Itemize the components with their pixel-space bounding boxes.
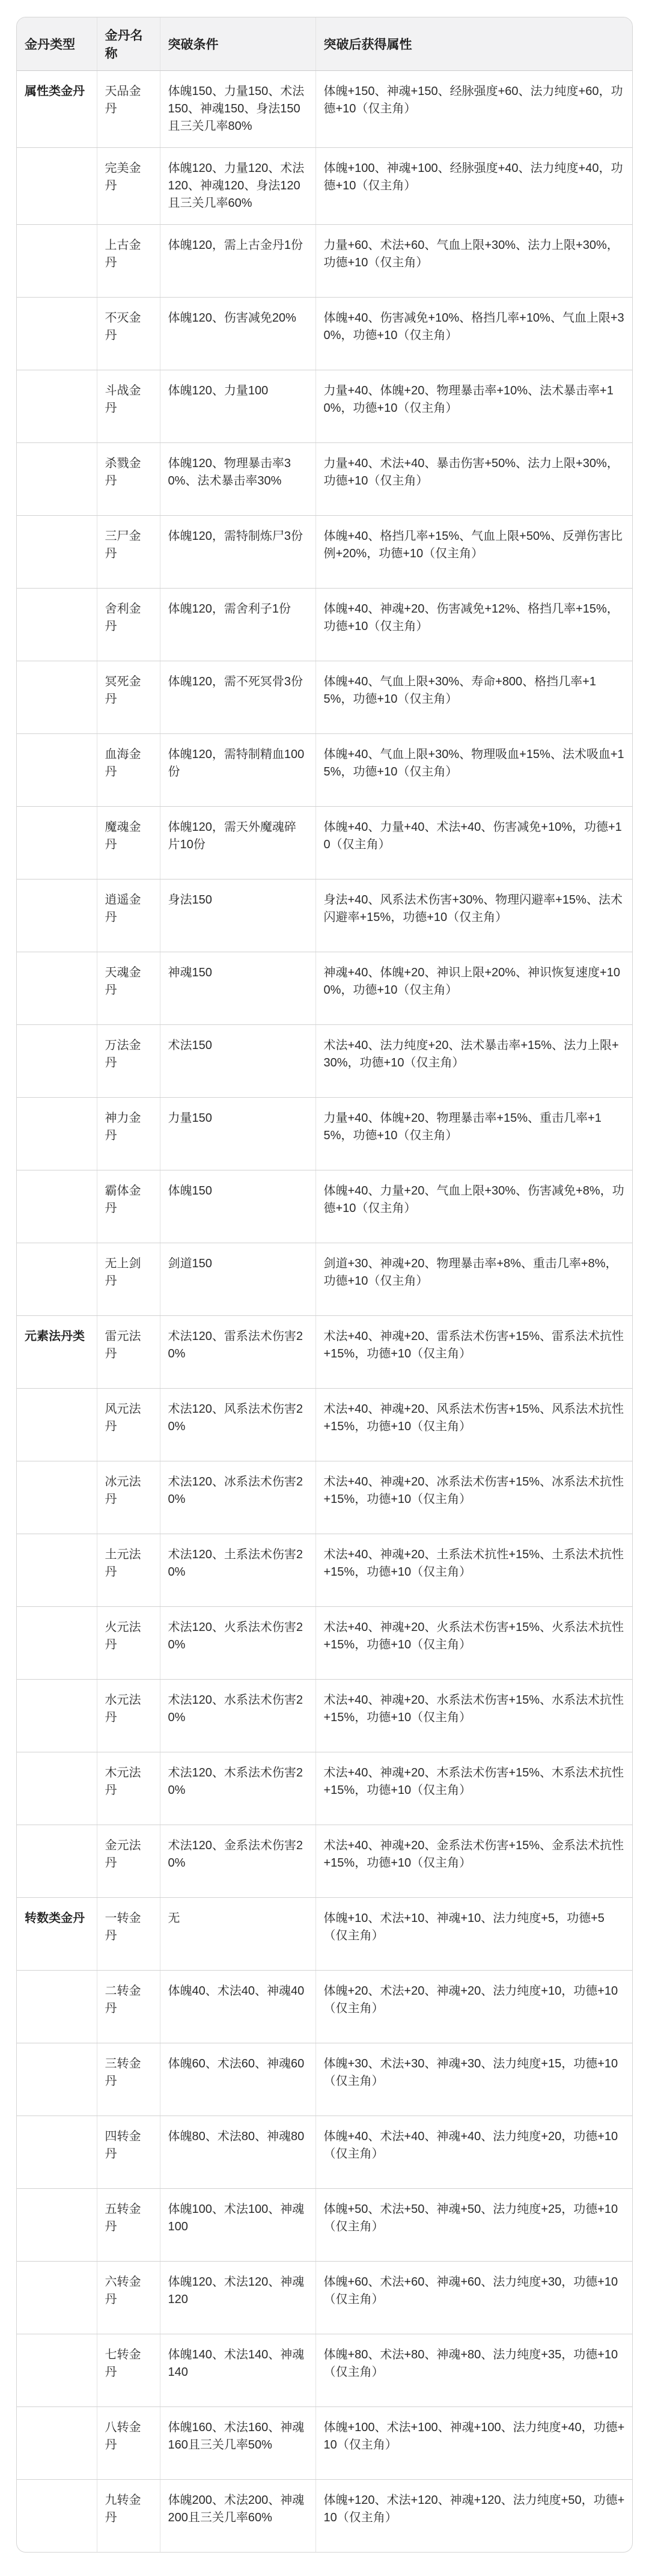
cell-category [17,1752,97,1825]
table-row: 属性类金丹天品金丹体魄150、力量150、术法150、神魂150、身法150且三… [17,71,632,148]
cell-condition: 力量150 [160,1098,315,1170]
cell-name: 冥死金丹 [97,661,160,734]
cell-condition: 体魄120、伤害减免20% [160,298,315,370]
table-body: 属性类金丹天品金丹体魄150、力量150、术法150、神魂150、身法150且三… [17,71,632,2553]
cell-category [17,370,97,443]
cell-attributes: 体魄+100、神魂+100、经脉强度+40、法力纯度+40，功德+10（仅主角） [315,148,632,225]
table-row: 三转金丹体魄60、术法60、神魂60体魄+30、术法+30、神魂+30、法力纯度… [17,2043,632,2116]
cell-name: 八转金丹 [97,2407,160,2480]
table-row: 完美金丹体魄120、力量120、术法120、神魂120、身法120且三关几率60… [17,148,632,225]
cell-name: 七转金丹 [97,2334,160,2407]
cell-name: 杀戮金丹 [97,443,160,516]
cell-name: 完美金丹 [97,148,160,225]
table-header-row: 金丹类型 金丹名称 突破条件 突破后获得属性 [17,17,632,71]
cell-category [17,225,97,298]
cell-attributes: 术法+40、神魂+20、火系法术伤害+15%、火系法术抗性+15%，功德+10（… [315,1607,632,1680]
table-row: 斗战金丹体魄120、力量100力量+40、体魄+20、物理暴击率+10%、法术暴… [17,370,632,443]
cell-attributes: 体魄+100、术法+100、神魂+100、法力纯度+40，功德+10（仅主角） [315,2407,632,2480]
cell-condition: 体魄200、术法200、神魂200且三关几率60% [160,2480,315,2553]
table-row: 不灭金丹体魄120、伤害减免20%体魄+40、伤害减免+10%、格挡几率+10%… [17,298,632,370]
cell-category: 转数类金丹 [17,1898,97,1971]
cell-attributes: 术法+40、神魂+20、木系法术伤害+15%、木系法术抗性+15%，功德+10（… [315,1752,632,1825]
cell-attributes: 剑道+30、神魂+20、物理暴击率+8%、重击几率+8%，功德+10（仅主角） [315,1243,632,1316]
cell-category [17,2116,97,2189]
table-row: 风元法丹术法120、风系法术伤害20%术法+40、神魂+20、风系法术伤害+15… [17,1389,632,1461]
table-row: 血海金丹体魄120，需特制精血100份体魄+40、气血上限+30%、物理吸血+1… [17,734,632,807]
cell-attributes: 术法+40、神魂+20、金系法术伤害+15%、金系法术抗性+15%，功德+10（… [315,1825,632,1898]
elixir-table-card: 金丹类型 金丹名称 突破条件 突破后获得属性 属性类金丹天品金丹体魄150、力量… [16,17,633,2553]
cell-name: 魔魂金丹 [97,807,160,880]
table-row: 土元法丹术法120、土系法术伤害20%术法+40、神魂+20、土系法术抗性+15… [17,1534,632,1607]
cell-name: 风元法丹 [97,1389,160,1461]
cell-attributes: 体魄+40、神魂+20、伤害减免+12%、格挡几率+15%，功德+10（仅主角） [315,589,632,661]
cell-attributes: 术法+40、神魂+20、雷系法术伤害+15%、雷系法术抗性+15%，功德+10（… [315,1316,632,1389]
cell-category [17,1389,97,1461]
cell-name: 四转金丹 [97,2116,160,2189]
cell-category: 元素法丹类 [17,1316,97,1389]
cell-condition: 术法120、火系法术伤害20% [160,1607,315,1680]
cell-attributes: 体魄+40、伤害减免+10%、格挡几率+10%、气血上限+30%，功德+10（仅… [315,298,632,370]
cell-category [17,2043,97,2116]
cell-condition: 神魂150 [160,952,315,1025]
cell-name: 神力金丹 [97,1098,160,1170]
table-row: 霸体金丹体魄150体魄+40、力量+20、气血上限+30%、伤害减免+8%，功德… [17,1170,632,1243]
column-header-breakthrough-condition: 突破条件 [160,17,315,71]
cell-category [17,952,97,1025]
cell-name: 万法金丹 [97,1025,160,1098]
cell-attributes: 体魄+10、术法+10、神魂+10、法力纯度+5，功德+5（仅主角） [315,1898,632,1971]
cell-name: 水元法丹 [97,1680,160,1752]
cell-condition: 无 [160,1898,315,1971]
table-row: 五转金丹体魄100、术法100、神魂100体魄+50、术法+50、神魂+50、法… [17,2189,632,2262]
cell-attributes: 力量+40、体魄+20、物理暴击率+10%、法术暴击率+10%，功德+10（仅主… [315,370,632,443]
cell-category [17,1461,97,1534]
cell-category [17,661,97,734]
cell-category [17,1607,97,1680]
cell-attributes: 体魄+40、术法+40、神魂+40、法力纯度+20，功德+10（仅主角） [315,2116,632,2189]
cell-attributes: 体魄+40、力量+20、气血上限+30%、伤害减免+8%，功德+10（仅主角） [315,1170,632,1243]
cell-attributes: 体魄+40、格挡几率+15%、气血上限+50%、反弹伤害比例+20%，功德+10… [315,516,632,589]
cell-attributes: 体魄+80、术法+80、神魂+80、法力纯度+35，功德+10（仅主角） [315,2334,632,2407]
cell-attributes: 体魄+40、气血上限+30%、物理吸血+15%、法术吸血+15%，功德+10（仅… [315,734,632,807]
cell-name: 天魂金丹 [97,952,160,1025]
cell-condition: 术法120、木系法术伤害20% [160,1752,315,1825]
cell-name: 冰元法丹 [97,1461,160,1534]
cell-attributes: 力量+40、术法+40、暴击伤害+50%、法力上限+30%，功德+10（仅主角） [315,443,632,516]
cell-condition: 术法120、风系法术伤害20% [160,1389,315,1461]
table-row: 木元法丹术法120、木系法术伤害20%术法+40、神魂+20、木系法术伤害+15… [17,1752,632,1825]
cell-category [17,807,97,880]
table-row: 无上剑丹剑道150剑道+30、神魂+20、物理暴击率+8%、重击几率+8%，功德… [17,1243,632,1316]
cell-name: 三转金丹 [97,2043,160,2116]
table-row: 神力金丹力量150力量+40、体魄+20、物理暴击率+15%、重击几率+15%，… [17,1098,632,1170]
column-header-elixir-name: 金丹名称 [97,17,160,71]
cell-attributes: 术法+40、神魂+20、水系法术伤害+15%、水系法术抗性+15%，功德+10（… [315,1680,632,1752]
cell-name: 火元法丹 [97,1607,160,1680]
cell-attributes: 力量+40、体魄+20、物理暴击率+15%、重击几率+15%，功德+10（仅主角… [315,1098,632,1170]
cell-condition: 术法120、土系法术伤害20% [160,1534,315,1607]
cell-name: 雷元法丹 [97,1316,160,1389]
table-row: 四转金丹体魄80、术法80、神魂80体魄+40、术法+40、神魂+40、法力纯度… [17,2116,632,2189]
cell-condition: 体魄40、术法40、神魂40 [160,1971,315,2043]
cell-condition: 体魄120、力量120、术法120、神魂120、身法120且三关几率60% [160,148,315,225]
cell-category [17,1680,97,1752]
cell-condition: 体魄100、术法100、神魂100 [160,2189,315,2262]
column-header-elixir-type: 金丹类型 [17,17,97,71]
table-row: 二转金丹体魄40、术法40、神魂40体魄+20、术法+20、神魂+20、法力纯度… [17,1971,632,2043]
table-row: 三尸金丹体魄120，需特制炼尸3份体魄+40、格挡几率+15%、气血上限+50%… [17,516,632,589]
cell-condition: 体魄120，需舍利子1份 [160,589,315,661]
table-row: 天魂金丹神魂150神魂+40、体魄+20、神识上限+20%、神识恢复速度+100… [17,952,632,1025]
cell-condition: 体魄60、术法60、神魂60 [160,2043,315,2116]
cell-category [17,298,97,370]
cell-condition: 体魄120、物理暴击率30%、法术暴击率30% [160,443,315,516]
cell-condition: 体魄120、力量100 [160,370,315,443]
cell-condition: 体魄120，需不死冥骨3份 [160,661,315,734]
cell-attributes: 神魂+40、体魄+20、神识上限+20%、神识恢复速度+100%，功德+10（仅… [315,952,632,1025]
cell-name: 斗战金丹 [97,370,160,443]
table-row: 转数类金丹一转金丹无体魄+10、术法+10、神魂+10、法力纯度+5，功德+5（… [17,1898,632,1971]
cell-category [17,443,97,516]
cell-category [17,2334,97,2407]
column-header-attributes-gained: 突破后获得属性 [315,17,632,71]
cell-condition: 术法120、雷系法术伤害20% [160,1316,315,1389]
cell-attributes: 体魄+150、神魂+150、经脉强度+60、法力纯度+60，功德+10（仅主角） [315,71,632,148]
cell-attributes: 术法+40、神魂+20、土系法术抗性+15%、土系法术抗性+15%，功德+10（… [315,1534,632,1607]
cell-category [17,1534,97,1607]
cell-attributes: 体魄+50、术法+50、神魂+50、法力纯度+25，功德+10（仅主角） [315,2189,632,2262]
table-row: 冥死金丹体魄120，需不死冥骨3份体魄+40、气血上限+30%、寿命+800、格… [17,661,632,734]
cell-name: 金元法丹 [97,1825,160,1898]
cell-attributes: 体魄+30、术法+30、神魂+30、法力纯度+15，功德+10（仅主角） [315,2043,632,2116]
cell-condition: 体魄140、术法140、神魂140 [160,2334,315,2407]
cell-condition: 体魄150 [160,1170,315,1243]
cell-category [17,516,97,589]
table-row: 元素法丹类雷元法丹术法120、雷系法术伤害20%术法+40、神魂+20、雷系法术… [17,1316,632,1389]
cell-condition: 术法150 [160,1025,315,1098]
cell-name: 舍利金丹 [97,589,160,661]
cell-name: 土元法丹 [97,1534,160,1607]
table-row: 火元法丹术法120、火系法术伤害20%术法+40、神魂+20、火系法术伤害+15… [17,1607,632,1680]
cell-attributes: 体魄+20、术法+20、神魂+20、法力纯度+10，功德+10（仅主角） [315,1971,632,2043]
cell-name: 一转金丹 [97,1898,160,1971]
cell-category [17,589,97,661]
page: 金丹类型 金丹名称 突破条件 突破后获得属性 属性类金丹天品金丹体魄150、力量… [0,17,649,2553]
cell-category [17,1025,97,1098]
table-row: 八转金丹体魄160、术法160、神魂160且三关几率50%体魄+100、术法+1… [17,2407,632,2480]
table-row: 七转金丹体魄140、术法140、神魂140体魄+80、术法+80、神魂+80、法… [17,2334,632,2407]
cell-attributes: 身法+40、风系法术伤害+30%、物理闪避率+15%、法术闪避率+15%，功德+… [315,880,632,952]
cell-attributes: 术法+40、法力纯度+20、法术暴击率+15%、法力上限+30%，功德+10（仅… [315,1025,632,1098]
cell-condition: 身法150 [160,880,315,952]
cell-condition: 体魄120，需天外魔魂碎片10份 [160,807,315,880]
table-row: 上古金丹体魄120，需上古金丹1份力量+60、术法+60、气血上限+30%、法力… [17,225,632,298]
cell-condition: 体魄80、术法80、神魂80 [160,2116,315,2189]
elixir-table: 金丹类型 金丹名称 突破条件 突破后获得属性 属性类金丹天品金丹体魄150、力量… [17,17,632,2552]
table-row: 金元法丹术法120、金系法术伤害20%术法+40、神魂+20、金系法术伤害+15… [17,1825,632,1898]
cell-attributes: 体魄+40、气血上限+30%、寿命+800、格挡几率+15%，功德+10（仅主角… [315,661,632,734]
cell-category [17,734,97,807]
cell-name: 逍遥金丹 [97,880,160,952]
cell-name: 霸体金丹 [97,1170,160,1243]
cell-category [17,1170,97,1243]
cell-condition: 体魄120，需特制炼尸3份 [160,516,315,589]
cell-name: 天品金丹 [97,71,160,148]
cell-condition: 术法120、金系法术伤害20% [160,1825,315,1898]
cell-name: 血海金丹 [97,734,160,807]
table-row: 万法金丹术法150术法+40、法力纯度+20、法术暴击率+15%、法力上限+30… [17,1025,632,1098]
cell-name: 不灭金丹 [97,298,160,370]
cell-condition: 术法120、水系法术伤害20% [160,1680,315,1752]
cell-name: 无上剑丹 [97,1243,160,1316]
table-row: 水元法丹术法120、水系法术伤害20%术法+40、神魂+20、水系法术伤害+15… [17,1680,632,1752]
cell-condition: 体魄120，需上古金丹1份 [160,225,315,298]
table-row: 六转金丹体魄120、术法120、神魂120体魄+60、术法+60、神魂+60、法… [17,2262,632,2334]
cell-name: 六转金丹 [97,2262,160,2334]
cell-condition: 剑道150 [160,1243,315,1316]
cell-attributes: 体魄+40、力量+40、术法+40、伤害减免+10%，功德+10（仅主角） [315,807,632,880]
cell-attributes: 术法+40、神魂+20、风系法术伤害+15%、风系法术抗性+15%，功德+10（… [315,1389,632,1461]
table-row: 冰元法丹术法120、冰系法术伤害20%术法+40、神魂+20、冰系法术伤害+15… [17,1461,632,1534]
cell-name: 九转金丹 [97,2480,160,2553]
cell-condition: 体魄160、术法160、神魂160且三关几率50% [160,2407,315,2480]
cell-category [17,1243,97,1316]
cell-condition: 体魄120，需特制精血100份 [160,734,315,807]
cell-category [17,148,97,225]
table-row: 魔魂金丹体魄120，需天外魔魂碎片10份体魄+40、力量+40、术法+40、伤害… [17,807,632,880]
cell-name: 木元法丹 [97,1752,160,1825]
cell-name: 五转金丹 [97,2189,160,2262]
table-row: 舍利金丹体魄120，需舍利子1份体魄+40、神魂+20、伤害减免+12%、格挡几… [17,589,632,661]
cell-name: 三尸金丹 [97,516,160,589]
cell-condition: 体魄150、力量150、术法150、神魂150、身法150且三关几率80% [160,71,315,148]
cell-category [17,2407,97,2480]
cell-attributes: 体魄+120、术法+120、神魂+120、法力纯度+50，功德+10（仅主角） [315,2480,632,2553]
table-row: 九转金丹体魄200、术法200、神魂200且三关几率60%体魄+120、术法+1… [17,2480,632,2553]
cell-category [17,2262,97,2334]
cell-category [17,2480,97,2553]
cell-category [17,1098,97,1170]
cell-attributes: 体魄+60、术法+60、神魂+60、法力纯度+30，功德+10（仅主角） [315,2262,632,2334]
cell-name: 上古金丹 [97,225,160,298]
cell-attributes: 术法+40、神魂+20、冰系法术伤害+15%、冰系法术抗性+15%，功德+10（… [315,1461,632,1534]
table-row: 杀戮金丹体魄120、物理暴击率30%、法术暴击率30%力量+40、术法+40、暴… [17,443,632,516]
cell-name: 二转金丹 [97,1971,160,2043]
cell-category [17,1825,97,1898]
cell-category [17,2189,97,2262]
table-row: 逍遥金丹身法150身法+40、风系法术伤害+30%、物理闪避率+15%、法术闪避… [17,880,632,952]
cell-condition: 体魄120、术法120、神魂120 [160,2262,315,2334]
cell-category [17,880,97,952]
cell-category: 属性类金丹 [17,71,97,148]
cell-condition: 术法120、冰系法术伤害20% [160,1461,315,1534]
cell-attributes: 力量+60、术法+60、气血上限+30%、法力上限+30%，功德+10（仅主角） [315,225,632,298]
cell-category [17,1971,97,2043]
